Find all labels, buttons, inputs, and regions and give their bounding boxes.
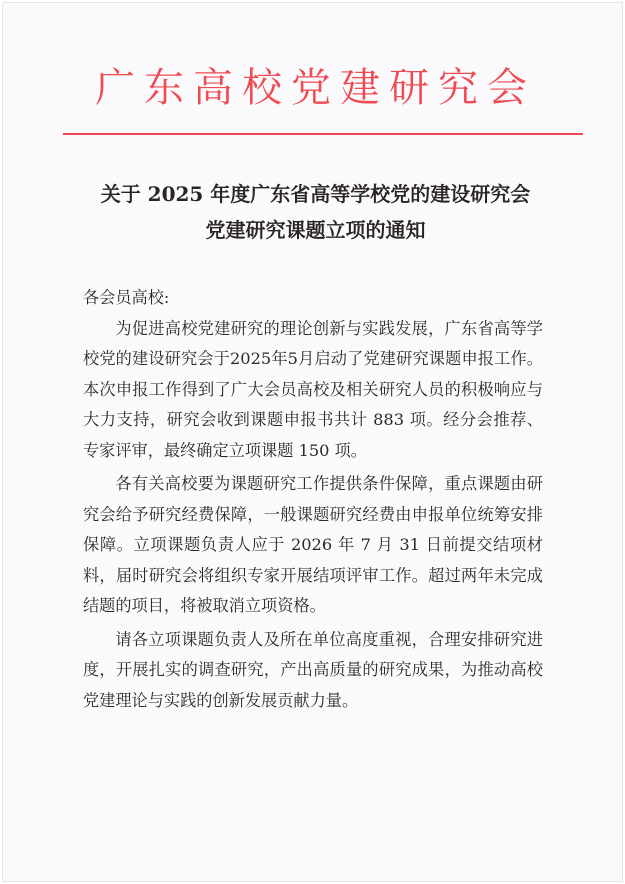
letterhead-org-name: 广东高校党建研究会: [3, 63, 625, 113]
paragraph-closing: 请各立项课题负责人及所在单位高度重视，合理安排研究进度，开展扎实的调查研究，产出…: [83, 625, 543, 717]
letterhead-red-divider: [63, 133, 583, 135]
paragraph-requirements: 各有关高校要为课题研究工作提供条件保障，重点课题由研究会给予研究经费保障，一般课…: [83, 469, 543, 622]
notice-title-line-2: 党建研究课题立项的通知: [3, 217, 625, 243]
salutation: 各会员高校:: [83, 283, 543, 314]
document-page: 广东高校党建研究会 关于 2025 年度广东省高等学校党的建设研究会 党建研究课…: [2, 2, 623, 882]
notice-body: 各会员高校: 为促进高校党建研究的理论创新与实践发展，广东省高等学校党的建设研究…: [83, 283, 543, 716]
paragraph-background: 为促进高校党建研究的理论创新与实践发展，广东省高等学校党的建设研究会于2025年…: [83, 314, 543, 467]
notice-title-line-1: 关于 2025 年度广东省高等学校党的建设研究会: [3, 181, 625, 207]
